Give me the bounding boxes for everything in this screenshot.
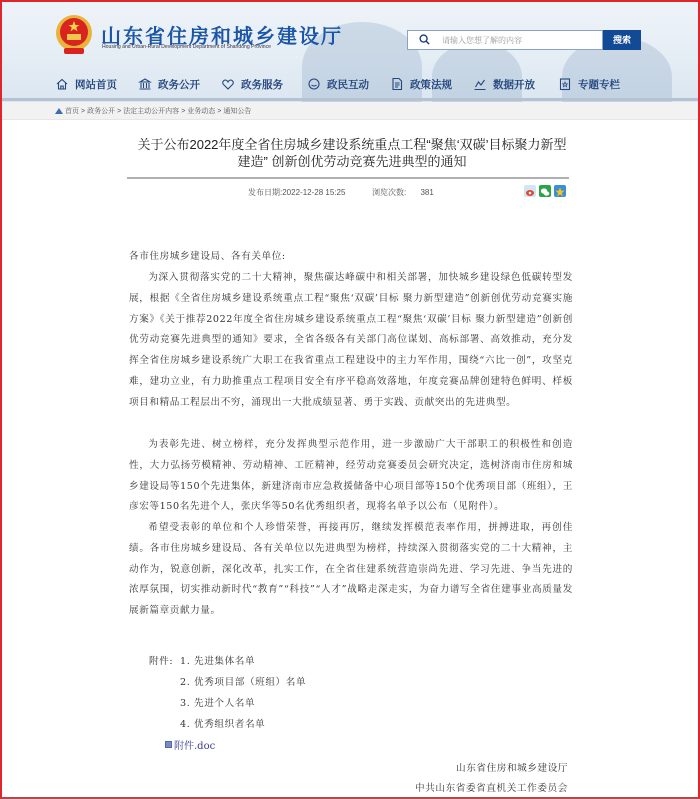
weibo-icon [524,186,536,198]
publish-date: 发布日期:2022-12-28 15:25 [248,187,345,198]
nav-item-label: 政务服务 [241,77,283,92]
breadcrumb-home[interactable]: 首页 [65,106,79,116]
nav-item-government-affairs[interactable]: 政务公开 [138,76,200,92]
publish-date-label: 发布日期: [248,188,282,197]
attachment-download-link[interactable]: 附件.doc [165,737,215,752]
publish-date-value: 2022-12-28 15:25 [282,188,345,197]
nav-item-home[interactable]: 网站首页 [55,76,117,92]
article-paragraph: 为深入贯彻落实党的二十大精神，聚焦碳达峰碳中和相关部署，加快城乡建设绿色低碳转型… [129,268,573,414]
attachment-item: 4. 优秀组织者名单 [180,716,265,730]
chat-icon [307,77,321,91]
site-header: 山东省住房和城乡建设厅 Housing and Urban-Rural Deve… [2,2,698,102]
search-icon [419,34,430,45]
breadcrumb-separator: > [81,108,85,115]
nav-item-label: 专题专栏 [578,77,620,92]
article-title-line: 建造” 创新创优劳动竞赛先进典型的通知 [112,153,592,170]
breadcrumb-separator: > [181,108,185,115]
nav-item-open-data[interactable]: 数据开放 [473,76,535,92]
government-building-icon [138,77,152,91]
salutation: 各市住房城乡建设局、各有关单位: [129,247,573,268]
view-count-label: 浏览次数: [372,188,406,197]
breadcrumb-government-affairs[interactable]: 政务公开 [87,106,115,116]
article-title: 关于公布2022年度全省住房城乡建设系统重点工程“聚焦‘双碳’目标聚力新型 建造… [112,136,592,170]
nav-item-label: 政民互动 [327,77,369,92]
nav-item-label: 网站首页 [75,77,117,92]
attachment-file-name: 附件.doc [174,737,215,752]
nav-item-special-topics[interactable]: 专题专栏 [558,76,620,92]
heart-hands-icon [221,77,235,91]
attachments-label: 附件: [149,653,173,667]
star-doc-icon [558,77,572,91]
doc-file-icon [165,741,172,748]
favorite-icon [554,186,566,198]
signature-committee: 中共山东省委省直机关工作委员会 [415,780,568,794]
breadcrumb-separator: > [117,108,121,115]
home-icon [55,77,69,91]
breadcrumb-home-icon [55,108,63,114]
attachment-item: 3. 先进个人名单 [180,695,255,709]
attachment-item: 1. 先进集体名单 [180,653,255,667]
breadcrumb-separator: > [217,108,221,115]
nav-item-interaction[interactable]: 政民互动 [307,76,369,92]
document-icon [390,77,404,91]
breadcrumb-notices[interactable]: 通知公告 [223,106,251,116]
page-frame: 山东省住房和城乡建设厅 Housing and Urban-Rural Deve… [0,0,700,799]
attachment-item: 2. 优秀项目部（班组）名单 [180,674,306,688]
nav-item-services[interactable]: 政务服务 [221,76,283,92]
nav-item-label: 政策法规 [410,77,452,92]
breadcrumb-bar: 首页 > 政务公开 > 法定主动公开内容 > 业务动态 > 通知公告 [2,102,698,120]
site-subtitle: Housing and Urban-Rural Development Depa… [102,44,271,49]
title-divider [127,177,569,179]
nav-item-label: 数据开放 [493,77,535,92]
search-input[interactable] [442,31,597,49]
chart-icon [473,77,487,91]
article-paragraph: 为表彰先进、树立榜样，充分发挥典型示范作用，进一步激励广大干部职工的积极性和创造… [129,435,573,518]
nav-item-label: 政务公开 [158,77,200,92]
view-count-value: 381 [420,188,433,197]
favorite-button[interactable] [554,185,566,197]
breadcrumb: 首页 > 政务公开 > 法定主动公开内容 > 业务动态 > 通知公告 [55,106,251,116]
breadcrumb-business-news[interactable]: 业务动态 [187,106,215,116]
nav-item-policies[interactable]: 政策法规 [390,76,452,92]
breadcrumb-statutory-disclosure[interactable]: 法定主动公开内容 [123,106,179,116]
search-button[interactable]: 搜索 [603,30,641,50]
national-emblem-icon [54,13,94,57]
wechat-icon [539,186,551,198]
view-count: 浏览次数: 381 [372,187,434,198]
signature-department: 山东省住房和城乡建设厅 [456,760,568,774]
wechat-share-button[interactable] [539,185,551,197]
article-paragraph: 希望受表彰的单位和个人珍惜荣誉，再接再厉，继续发挥模范表率作用，拼搏进取，再创佳… [129,518,573,622]
main-nav: 网站首页 政务公开 政务服务 政民互动 政策法规 数据开放 [2,72,698,96]
article-title-line: 关于公布2022年度全省住房城乡建设系统重点工程“聚焦‘双碳’目标聚力新型 [112,136,592,153]
search-box [407,30,603,50]
nav-divider [2,98,698,101]
weibo-share-button[interactable] [524,185,536,197]
